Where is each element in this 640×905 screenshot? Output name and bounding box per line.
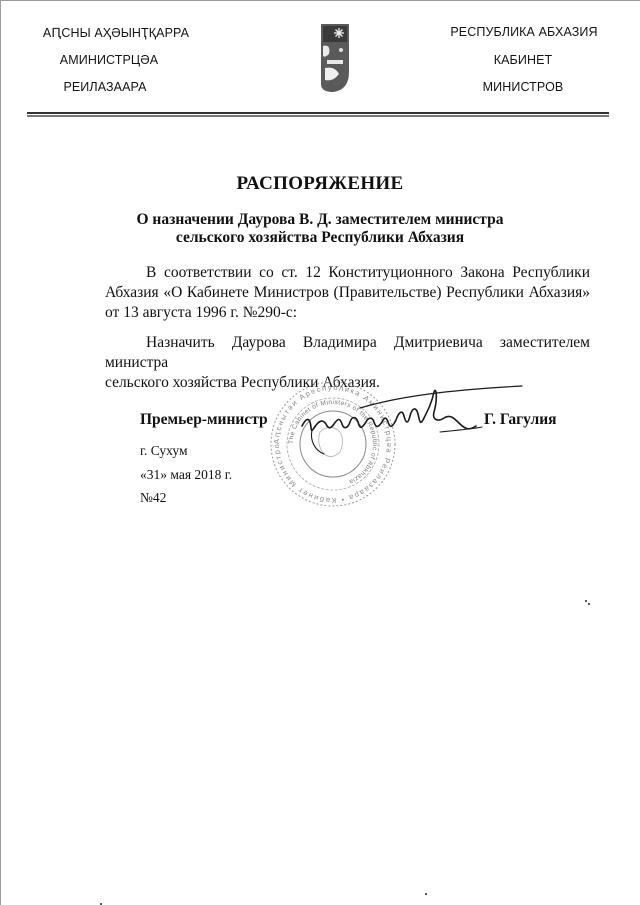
page-border-top: [0, 0, 640, 1]
header-divider: [27, 112, 609, 118]
paragraph-basis-line-2: Абхазия «О Кабинете Министров (Правитель…: [105, 283, 590, 303]
signatory-role: Премьер-министр: [140, 411, 268, 429]
scan-speck: [585, 600, 587, 602]
divider-line-bottom: [27, 115, 609, 117]
paragraph-basis: В соответствии со ст. 12 Конституционног…: [105, 263, 590, 323]
page-border-left: [0, 0, 1, 905]
header-left-line-1: АԤСНЫ АҲӘЫНҬҚАРРА: [43, 25, 189, 40]
document-number: №42: [140, 490, 166, 506]
signatory-name: Г. Гагулия: [484, 411, 557, 429]
scan-speck: [588, 603, 590, 605]
header-left-line-2: АМИНИСТРЦӘА: [60, 53, 158, 67]
divider-line-top: [27, 112, 609, 114]
header-left-line-3: РЕИЛАЗААРА: [63, 80, 146, 94]
paragraph-basis-line-1: В соответствии со ст. 12 Конституционног…: [105, 263, 590, 283]
coat-of-arms-emblem-icon: [319, 22, 351, 94]
issue-city: г. Сухум: [140, 443, 188, 459]
document-subtitle-line-2: сельского хозяйства Республики Абхазия: [0, 229, 640, 247]
document-title: РАСПОРЯЖЕНИЕ: [0, 173, 640, 195]
header-right-line-3: МИНИСТРОВ: [483, 80, 564, 94]
scan-speck: [425, 893, 427, 895]
paragraph-basis-line-3: от 13 августа 1996 г. №290-с:: [105, 303, 590, 323]
issue-date: «31» мая 2018 г.: [140, 467, 232, 483]
header-right-line-2: КАБИНЕТ: [494, 53, 553, 67]
document-subtitle-line-1: О назначении Даурова В. Д. заместителем …: [0, 211, 640, 229]
header-right-line-1: РЕСПУБЛИКА АБХАЗИЯ: [450, 25, 597, 39]
paragraph-appointment-line-1: Назначить Даурова Владимира Дмитриевича …: [105, 333, 590, 373]
